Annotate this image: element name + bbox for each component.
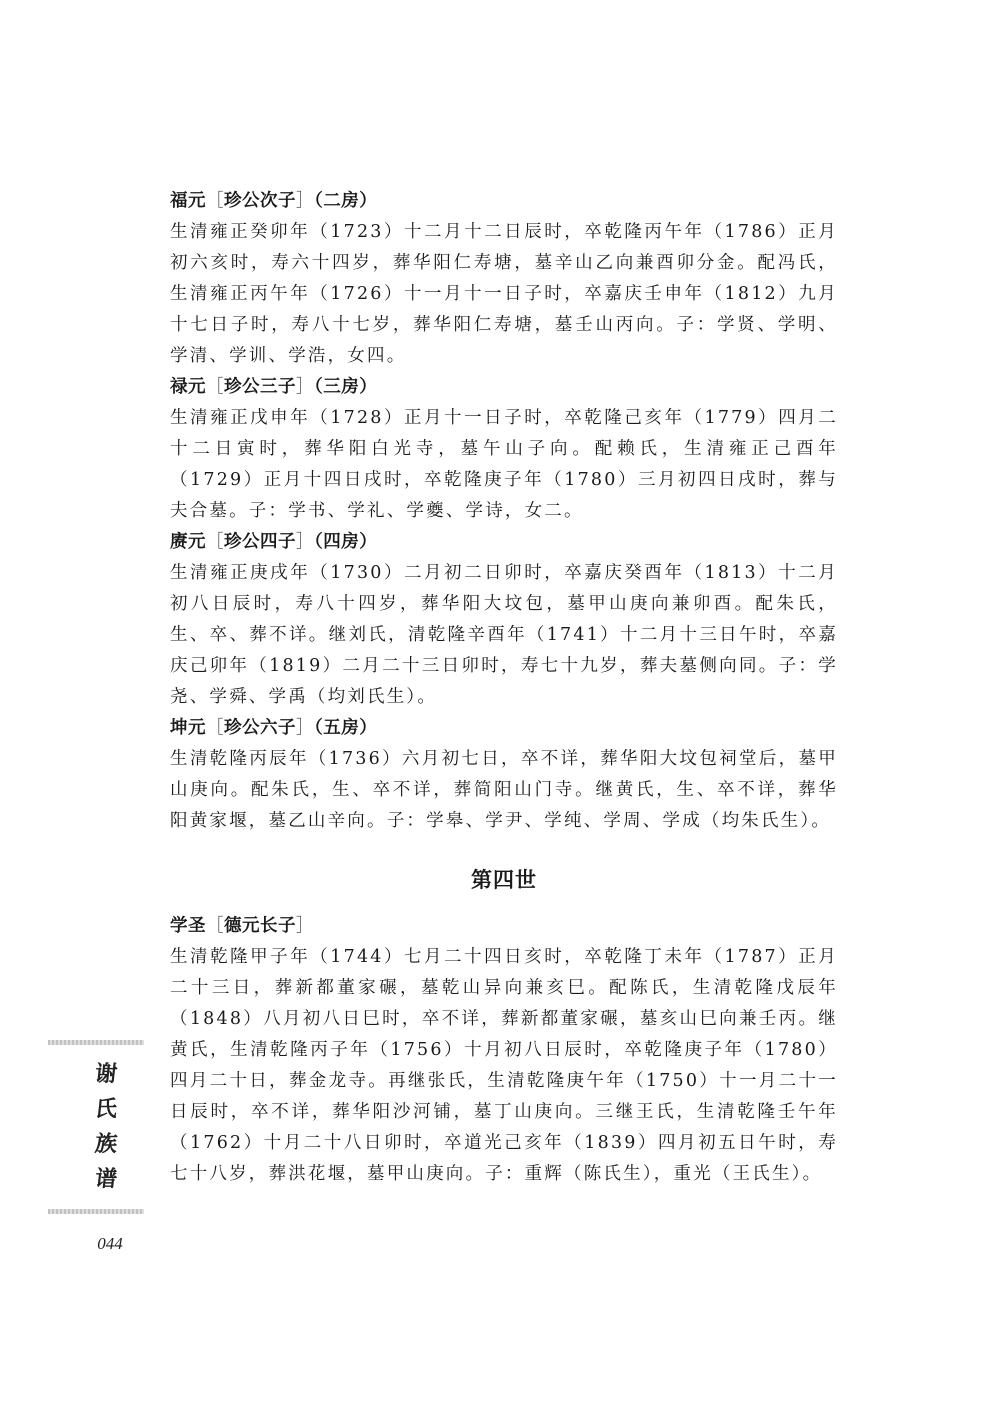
generation-title: 第四世 bbox=[170, 843, 838, 917]
book-title-char: 氏 bbox=[73, 1092, 119, 1127]
bracket-open: ［ bbox=[206, 916, 224, 936]
entry-relation: 珍公次子 bbox=[224, 191, 296, 211]
entry-body: 生清雍正戊申年（1728）正月十一日子时，卒乾隆己亥年（1779）四月二十二日寅… bbox=[170, 403, 838, 527]
genealogy-entry: 学圣［德元长子］ 生清乾隆甲子年（1744）七月二十四日亥时，卒乾隆丁未年（17… bbox=[170, 911, 838, 1190]
entry-body: 生清乾隆丙辰年（1736）六月初七日，卒不详，葬华阳大坟包祠堂后，墓甲山庚向。配… bbox=[170, 744, 838, 837]
bracket-open: ［ bbox=[206, 191, 224, 211]
entry-name: 坤元 bbox=[170, 718, 206, 738]
entry-name: 禄元 bbox=[170, 377, 206, 397]
entry-name: 福元 bbox=[170, 191, 206, 211]
side-margin: 谢 氏 族 谱 044 bbox=[48, 1040, 144, 1254]
book-title: 谢 氏 族 谱 bbox=[48, 1045, 144, 1197]
entry-branch: （二房） bbox=[314, 191, 377, 211]
entry-branch: （四房） bbox=[314, 532, 377, 552]
entry-heading: 赓元［珍公四子］（四房） bbox=[170, 527, 838, 558]
entry-relation: 德元长子 bbox=[224, 916, 296, 936]
entry-relation: 珍公三子 bbox=[224, 377, 296, 397]
entry-name: 赓元 bbox=[170, 532, 206, 552]
decorative-bar-bottom bbox=[48, 1209, 144, 1214]
bracket-close: ］ bbox=[296, 191, 314, 211]
bracket-close: ］ bbox=[296, 916, 314, 936]
book-title-char: 谱 bbox=[73, 1162, 119, 1197]
decorative-bar-top bbox=[48, 1040, 144, 1045]
entry-relation: 珍公四子 bbox=[224, 532, 296, 552]
bracket-close: ］ bbox=[296, 718, 314, 738]
genealogy-entry: 福元［珍公次子］（二房） 生清雍正癸卯年（1723）十二月十二日辰时，卒乾隆丙午… bbox=[170, 186, 838, 372]
entry-heading: 福元［珍公次子］（二房） bbox=[170, 186, 838, 217]
entry-body: 生清乾隆甲子年（1744）七月二十四日亥时，卒乾隆丁未年（1787）正月二十三日… bbox=[170, 942, 838, 1190]
entry-body: 生清雍正癸卯年（1723）十二月十二日辰时，卒乾隆丙午年（1786）正月初六亥时… bbox=[170, 217, 838, 372]
bracket-open: ［ bbox=[206, 532, 224, 552]
entry-body: 生清雍正庚戌年（1730）二月初二日卯时，卒嘉庆癸酉年（1813）十二月初八日辰… bbox=[170, 558, 838, 713]
book-title-char: 谢 bbox=[73, 1057, 119, 1092]
bracket-close: ］ bbox=[296, 377, 314, 397]
entry-relation: 珍公六子 bbox=[224, 718, 296, 738]
page-body: 福元［珍公次子］（二房） 生清雍正癸卯年（1723）十二月十二日辰时，卒乾隆丙午… bbox=[170, 186, 838, 1190]
entry-branch: （五房） bbox=[314, 718, 377, 738]
genealogy-entry: 坤元［珍公六子］（五房） 生清乾隆丙辰年（1736）六月初七日，卒不详，葬华阳大… bbox=[170, 713, 838, 837]
bracket-close: ］ bbox=[296, 532, 314, 552]
entry-name: 学圣 bbox=[170, 916, 206, 936]
genealogy-entry: 禄元［珍公三子］（三房） 生清雍正戊申年（1728）正月十一日子时，卒乾隆己亥年… bbox=[170, 372, 838, 527]
book-title-char: 族 bbox=[73, 1127, 119, 1162]
page-number: 044 bbox=[48, 1234, 158, 1254]
genealogy-entry: 赓元［珍公四子］（四房） 生清雍正庚戌年（1730）二月初二日卯时，卒嘉庆癸酉年… bbox=[170, 527, 838, 713]
bracket-open: ［ bbox=[206, 718, 224, 738]
bracket-open: ［ bbox=[206, 377, 224, 397]
entry-heading: 禄元［珍公三子］（三房） bbox=[170, 372, 838, 403]
entry-heading: 坤元［珍公六子］（五房） bbox=[170, 713, 838, 744]
entry-branch: （三房） bbox=[314, 377, 377, 397]
